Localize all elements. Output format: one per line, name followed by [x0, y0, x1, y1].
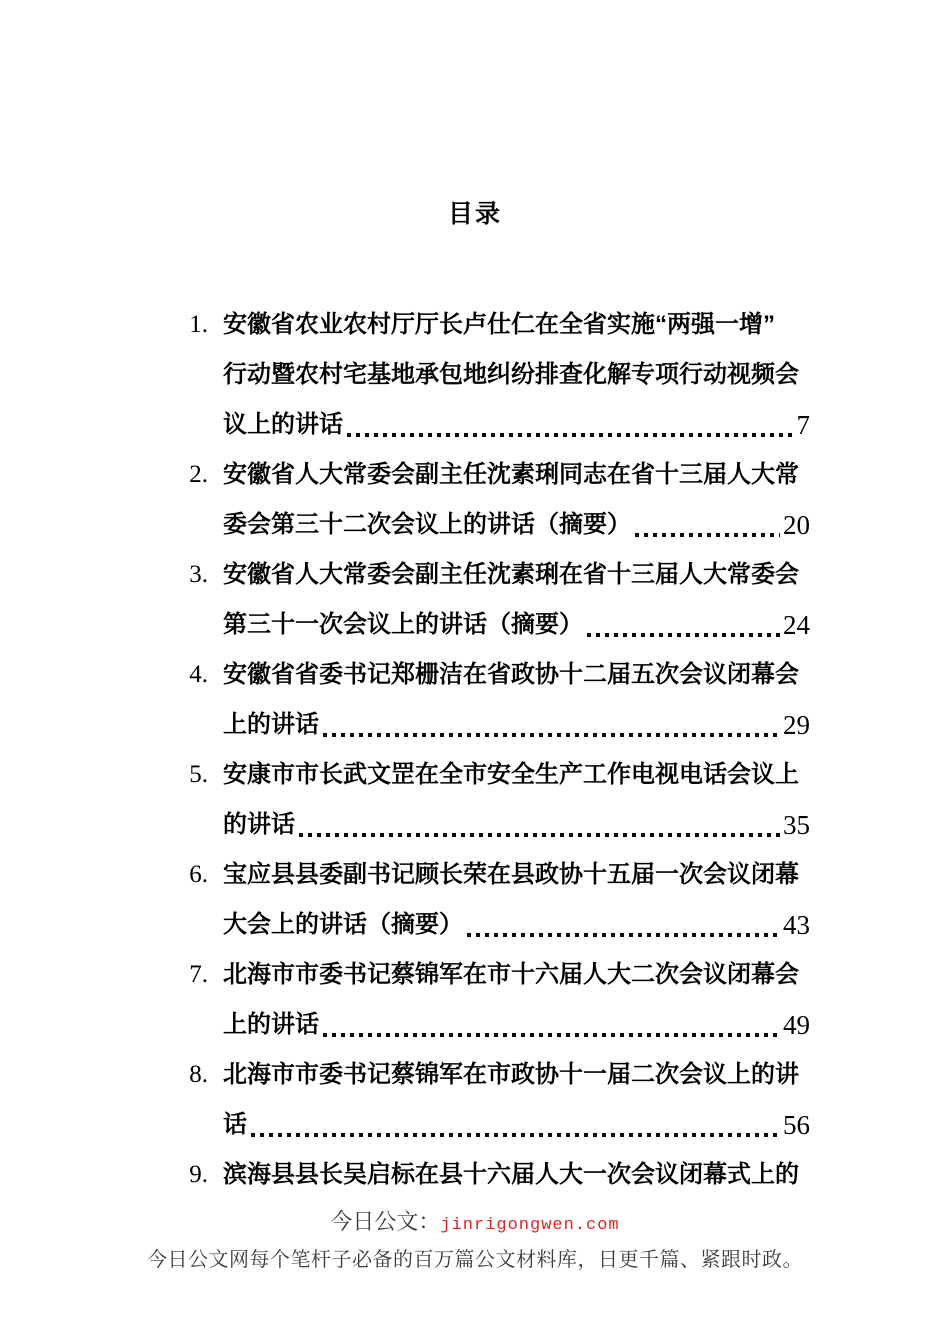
toc-item-line: 上的讲话49 [223, 1000, 810, 1050]
toc-page-number: 20 [783, 500, 810, 550]
toc-item: 8.北海市市委书记蔡锦军在市政协十一届二次会议上的讲话56 [150, 1050, 810, 1150]
toc-item-line: 安徽省省委书记郑栅洁在省政协十二届五次会议闭幕会 [223, 650, 810, 700]
toc-page-number: 7 [797, 400, 811, 450]
page-title: 目录 [0, 192, 950, 236]
dot-leader [323, 1033, 780, 1037]
toc-item-number: 4. [150, 650, 208, 700]
toc-page-number: 49 [783, 1000, 810, 1050]
toc-item: 6.宝应县县委副书记顾长荣在县政协十五届一次会议闭幕大会上的讲话（摘要）43 [150, 850, 810, 950]
toc-item-number: 7. [150, 950, 208, 1000]
toc-item: 5.安康市市长武文罡在全市安全生产工作电视电话会议上的讲话35 [150, 750, 810, 850]
toc-item-number: 1. [150, 300, 208, 350]
toc-item-number: 2. [150, 450, 208, 500]
footer-watermark: 今日公文：jinrigongwen.com 今日公文网每个笔杆子必备的百万篇公文… [0, 1204, 950, 1278]
toc-item-number: 3. [150, 550, 208, 600]
toc-page-number: 43 [783, 900, 810, 950]
document-page: 目录 1.安徽省农业农村厅厅长卢仕仁在全省实施“两强一增”行动暨农村宅基地承包地… [0, 0, 950, 1344]
toc-item-line: 安徽省农业农村厅厅长卢仕仁在全省实施“两强一增” [223, 300, 810, 350]
toc-item-text: 议上的讲话 [223, 400, 343, 450]
toc-item-number: 5. [150, 750, 208, 800]
dot-leader [323, 733, 780, 737]
toc-item-line: 议上的讲话7 [223, 400, 810, 450]
toc-item-line: 行动暨农村宅基地承包地纠纷排查化解专项行动视频会 [223, 350, 810, 400]
toc-page-number: 24 [783, 600, 810, 650]
toc-item: 7.北海市市委书记蔡锦军在市十六届人大二次会议闭幕会上的讲话49 [150, 950, 810, 1050]
dot-leader [299, 833, 780, 837]
footer-site-label: 今日公文： [330, 1209, 440, 1234]
toc-item-number: 8. [150, 1050, 208, 1100]
toc-page-number: 35 [783, 800, 810, 850]
dot-leader [635, 533, 780, 537]
toc-item: 4.安徽省省委书记郑栅洁在省政协十二届五次会议闭幕会上的讲话29 [150, 650, 810, 750]
toc-item-number: 9. [150, 1150, 208, 1200]
toc-item-line: 滨海县县长吴启标在县十六届人大一次会议闭幕式上的 [223, 1150, 810, 1200]
footer-site-url[interactable]: jinrigongwen.com [440, 1216, 619, 1235]
toc-item-text: 上的讲话 [223, 700, 319, 750]
dot-leader [347, 433, 794, 437]
table-of-contents: 1.安徽省农业农村厅厅长卢仕仁在全省实施“两强一增”行动暨农村宅基地承包地纠纷排… [150, 300, 810, 1200]
toc-item-line: 上的讲话29 [223, 700, 810, 750]
toc-page-number: 56 [783, 1100, 810, 1150]
toc-item-text: 委会第三十二次会议上的讲话（摘要） [223, 500, 631, 550]
toc-item-line: 宝应县县委副书记顾长荣在县政协十五届一次会议闭幕 [223, 850, 810, 900]
toc-item: 2.安徽省人大常委会副主任沈素琍同志在省十三届人大常委会第三十二次会议上的讲话（… [150, 450, 810, 550]
toc-item-text: 话 [223, 1100, 247, 1150]
toc-item: 3.安徽省人大常委会副主任沈素琍在省十三届人大常委会第三十一次会议上的讲话（摘要… [150, 550, 810, 650]
toc-item: 9.滨海县县长吴启标在县十六届人大一次会议闭幕式上的 [150, 1150, 810, 1200]
toc-item-line: 第三十一次会议上的讲话（摘要）24 [223, 600, 810, 650]
footer-site-line: 今日公文：jinrigongwen.com [0, 1204, 950, 1243]
toc-item-line: 安徽省人大常委会副主任沈素琍在省十三届人大常委会 [223, 550, 810, 600]
toc-item-line: 委会第三十二次会议上的讲话（摘要）20 [223, 500, 810, 550]
toc-item-text: 第三十一次会议上的讲话（摘要） [223, 600, 583, 650]
toc-item-line: 北海市市委书记蔡锦军在市十六届人大二次会议闭幕会 [223, 950, 810, 1000]
toc-item-line: 安康市市长武文罡在全市安全生产工作电视电话会议上 [223, 750, 810, 800]
dot-leader [251, 1133, 780, 1137]
toc-item-line: 大会上的讲话（摘要）43 [223, 900, 810, 950]
toc-item-line: 话56 [223, 1100, 810, 1150]
toc-item-line: 的讲话35 [223, 800, 810, 850]
toc-page-number: 29 [783, 700, 810, 750]
toc-item-text: 上的讲话 [223, 1000, 319, 1050]
toc-item-text: 大会上的讲话（摘要） [223, 900, 463, 950]
toc-item-number: 6. [150, 850, 208, 900]
toc-item-line: 北海市市委书记蔡锦军在市政协十一届二次会议上的讲 [223, 1050, 810, 1100]
toc-item-line: 安徽省人大常委会副主任沈素琍同志在省十三届人大常 [223, 450, 810, 500]
toc-item-text: 的讲话 [223, 800, 295, 850]
toc-item: 1.安徽省农业农村厅厅长卢仕仁在全省实施“两强一增”行动暨农村宅基地承包地纠纷排… [150, 300, 810, 450]
dot-leader [587, 633, 780, 637]
dot-leader [467, 933, 780, 937]
footer-tagline: 今日公文网每个笔杆子必备的百万篇公文材料库，日更千篇、紧跟时政。 [0, 1243, 950, 1278]
